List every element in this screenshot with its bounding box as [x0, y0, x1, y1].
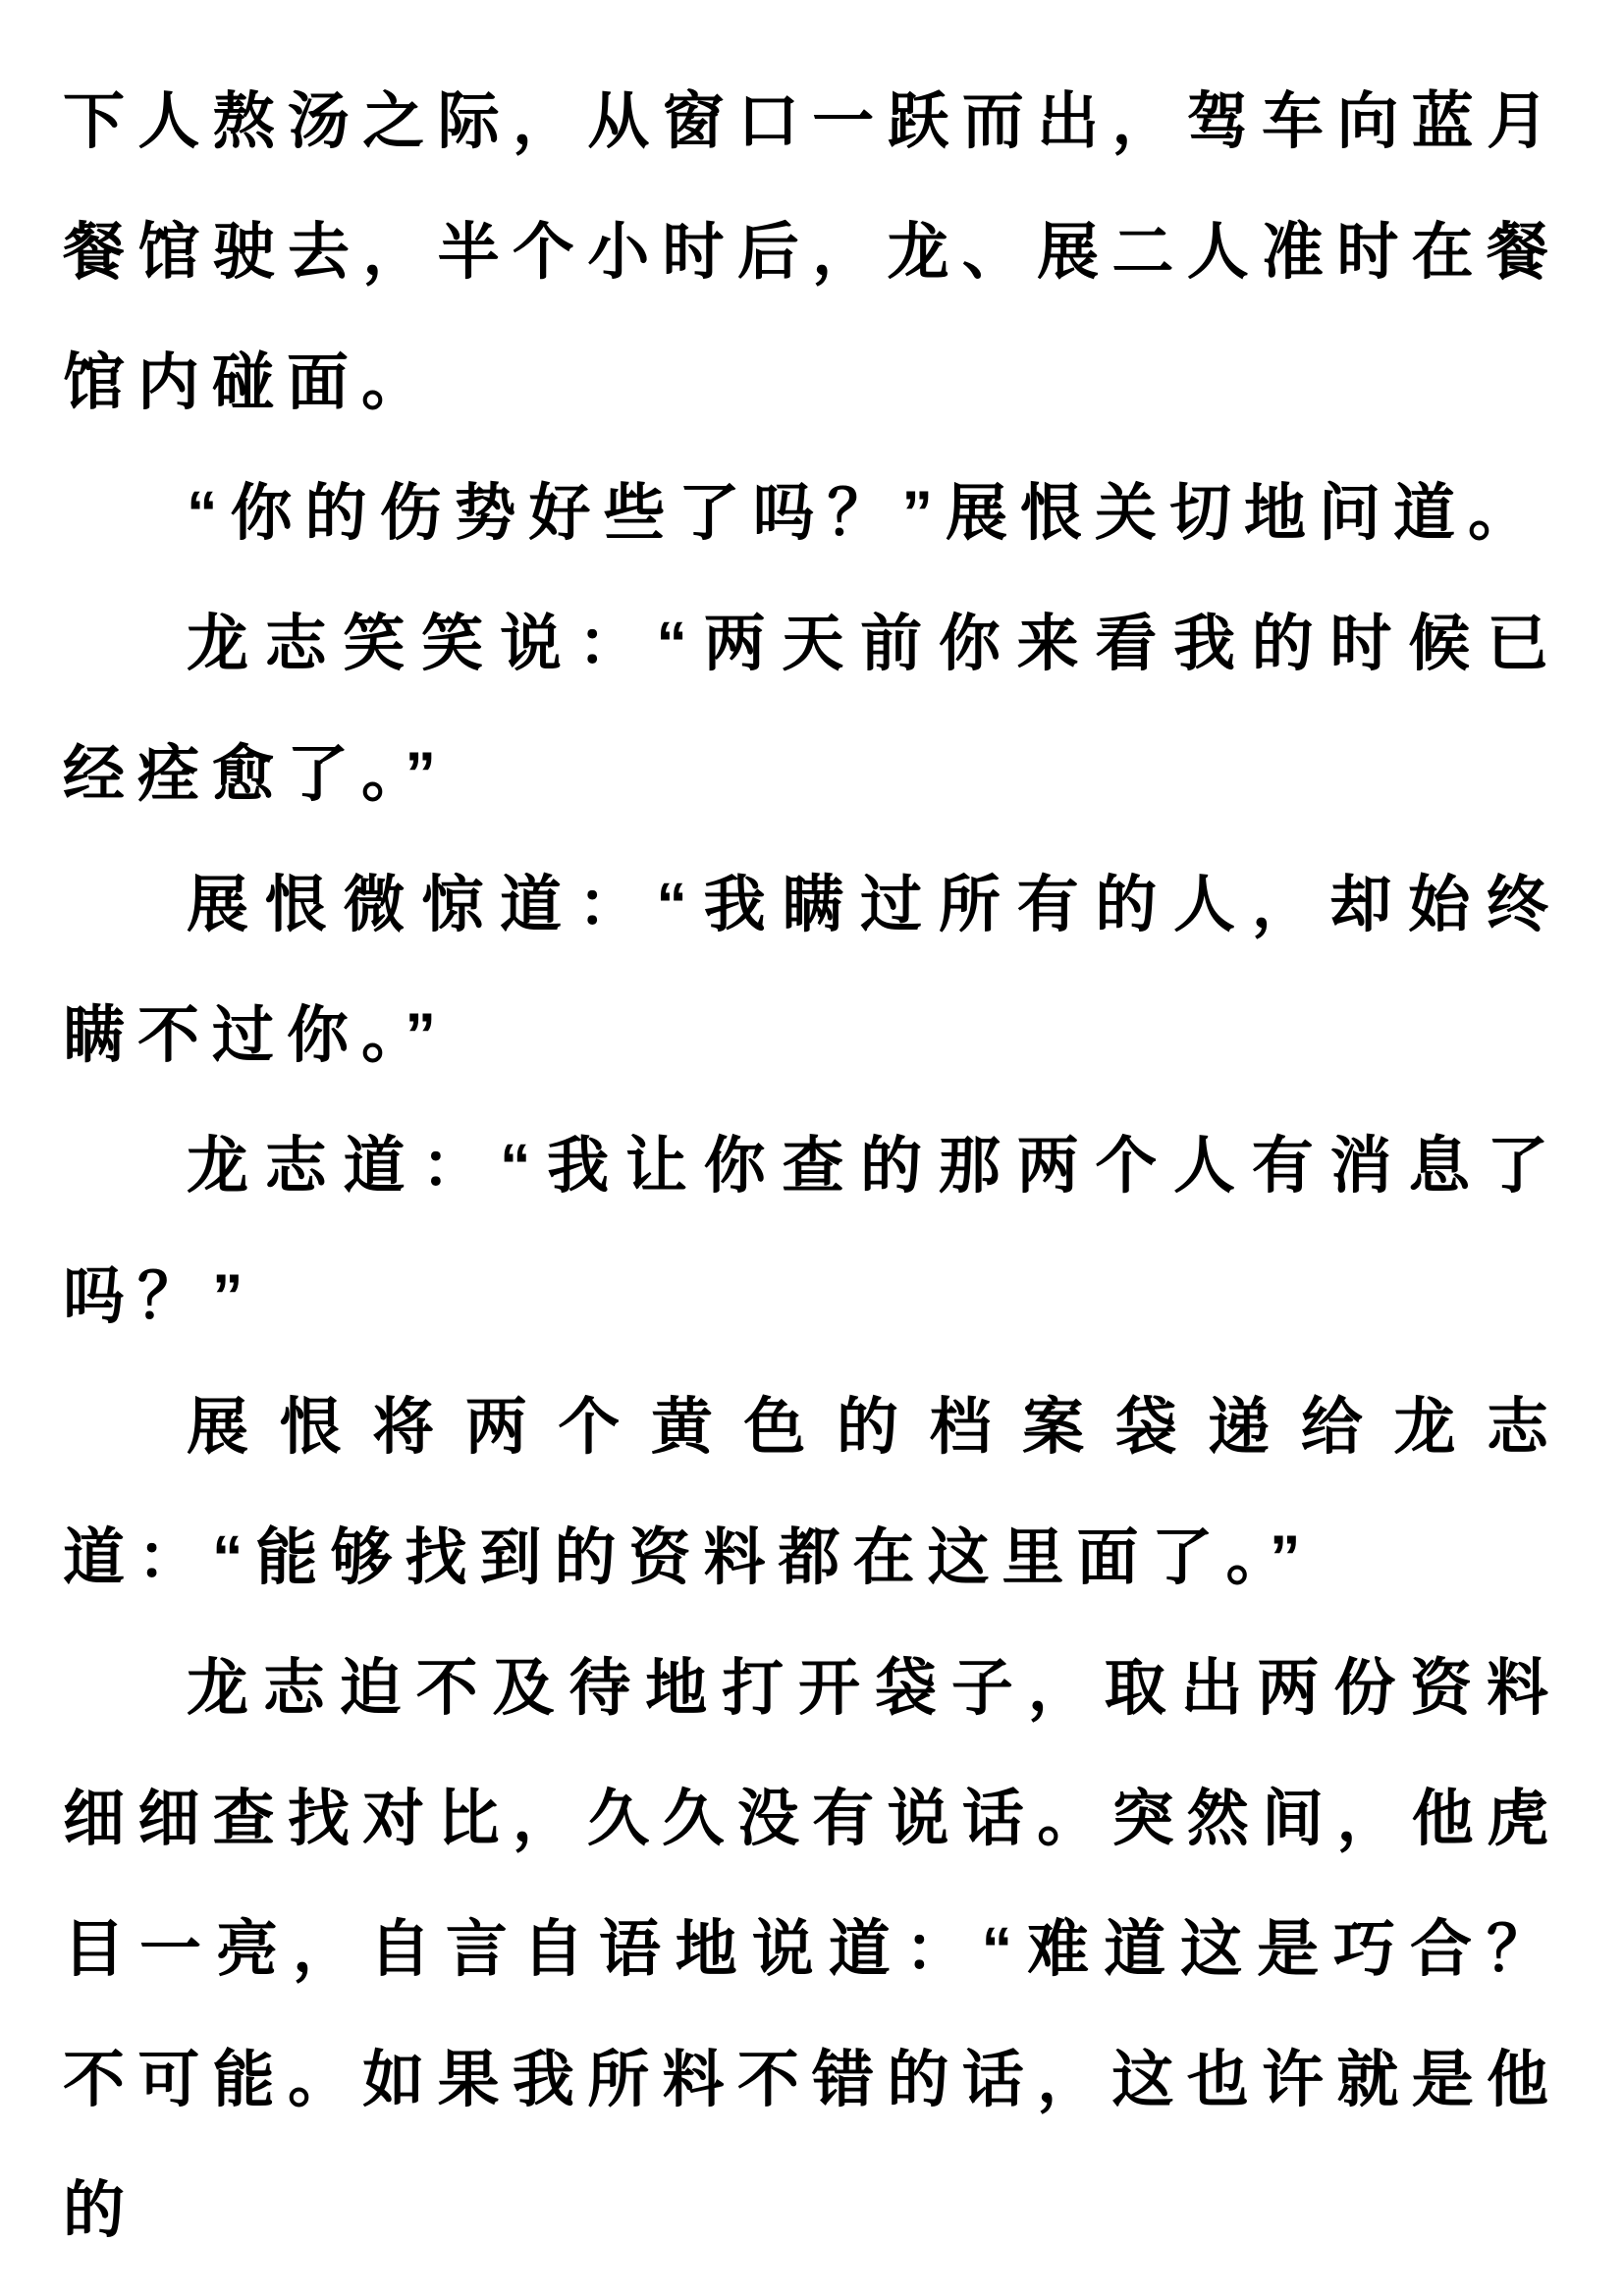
- paragraph-continuation: 下人熬汤之际，从窗口一跃而出，驾车向蓝月餐馆驶去，半个小时后，龙、展二人准时在餐…: [63, 57, 1561, 449]
- paragraph-narration-longzhi-reads: 龙志迫不及待地打开袋子，取出两份资料细细查找对比，久久没有说话。突然间，他虎目一…: [63, 1624, 1561, 2276]
- paragraph-dialogue-zhanhen-question: “你的伤势好些了吗？”展恨关切地问道。: [63, 449, 1561, 579]
- page-text-block: 下人熬汤之际，从窗口一跃而出，驾车向蓝月餐馆驶去，半个小时后，龙、展二人准时在餐…: [0, 0, 1624, 2296]
- paragraph-dialogue-longzhi-reply: 龙志笑笑说：“两天前你来看我的时候已经痊愈了。”: [63, 579, 1561, 840]
- paragraph-dialogue-zhanhen-files: 展恨将两个黄色的档案袋递给龙志道：“能够找到的资料都在这里面了。”: [63, 1362, 1561, 1624]
- book-page: 下人熬汤之际，从窗口一跃而出，驾车向蓝月餐馆驶去，半个小时后，龙、展二人准时在餐…: [0, 0, 1624, 2296]
- paragraph-dialogue-longzhi-ask-news: 龙志道：“我让你查的那两个人有消息了吗？”: [63, 1101, 1561, 1362]
- paragraph-dialogue-zhanhen-surprised: 展恨微惊道：“我瞒过所有的人，却始终瞒不过你。”: [63, 840, 1561, 1101]
